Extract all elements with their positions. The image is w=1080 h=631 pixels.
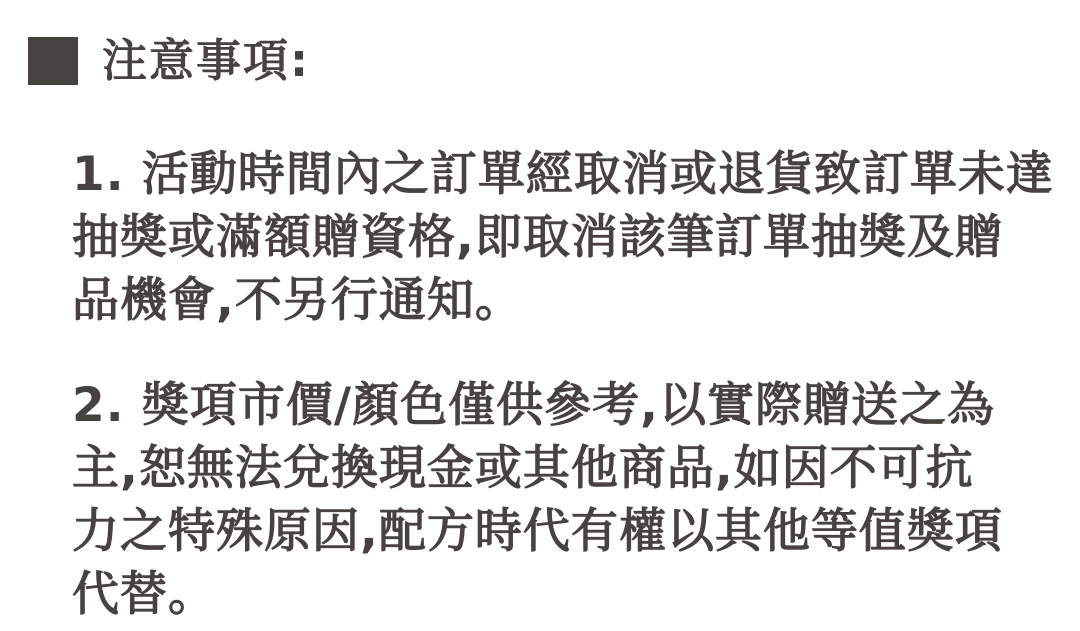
notice-heading: 注意事項: bbox=[28, 36, 1080, 86]
notice-item-1: 1. 活動時間內之訂單經取消或退貨致訂單未達 抽獎或滿額贈資格,即取消該筆訂單抽… bbox=[72, 143, 1080, 332]
square-bullet-icon bbox=[28, 37, 78, 85]
notice-title: 注意事項: bbox=[102, 36, 310, 86]
notice-page: 注意事項: 1. 活動時間內之訂單經取消或退貨致訂單未達 抽獎或滿額贈資格,即取… bbox=[0, 0, 1080, 631]
notice-item-2: 2. 獎項市價/顏色僅供參考,以實際贈送之為 主,恕無法兌換現金或其他商品,如因… bbox=[72, 374, 1080, 626]
